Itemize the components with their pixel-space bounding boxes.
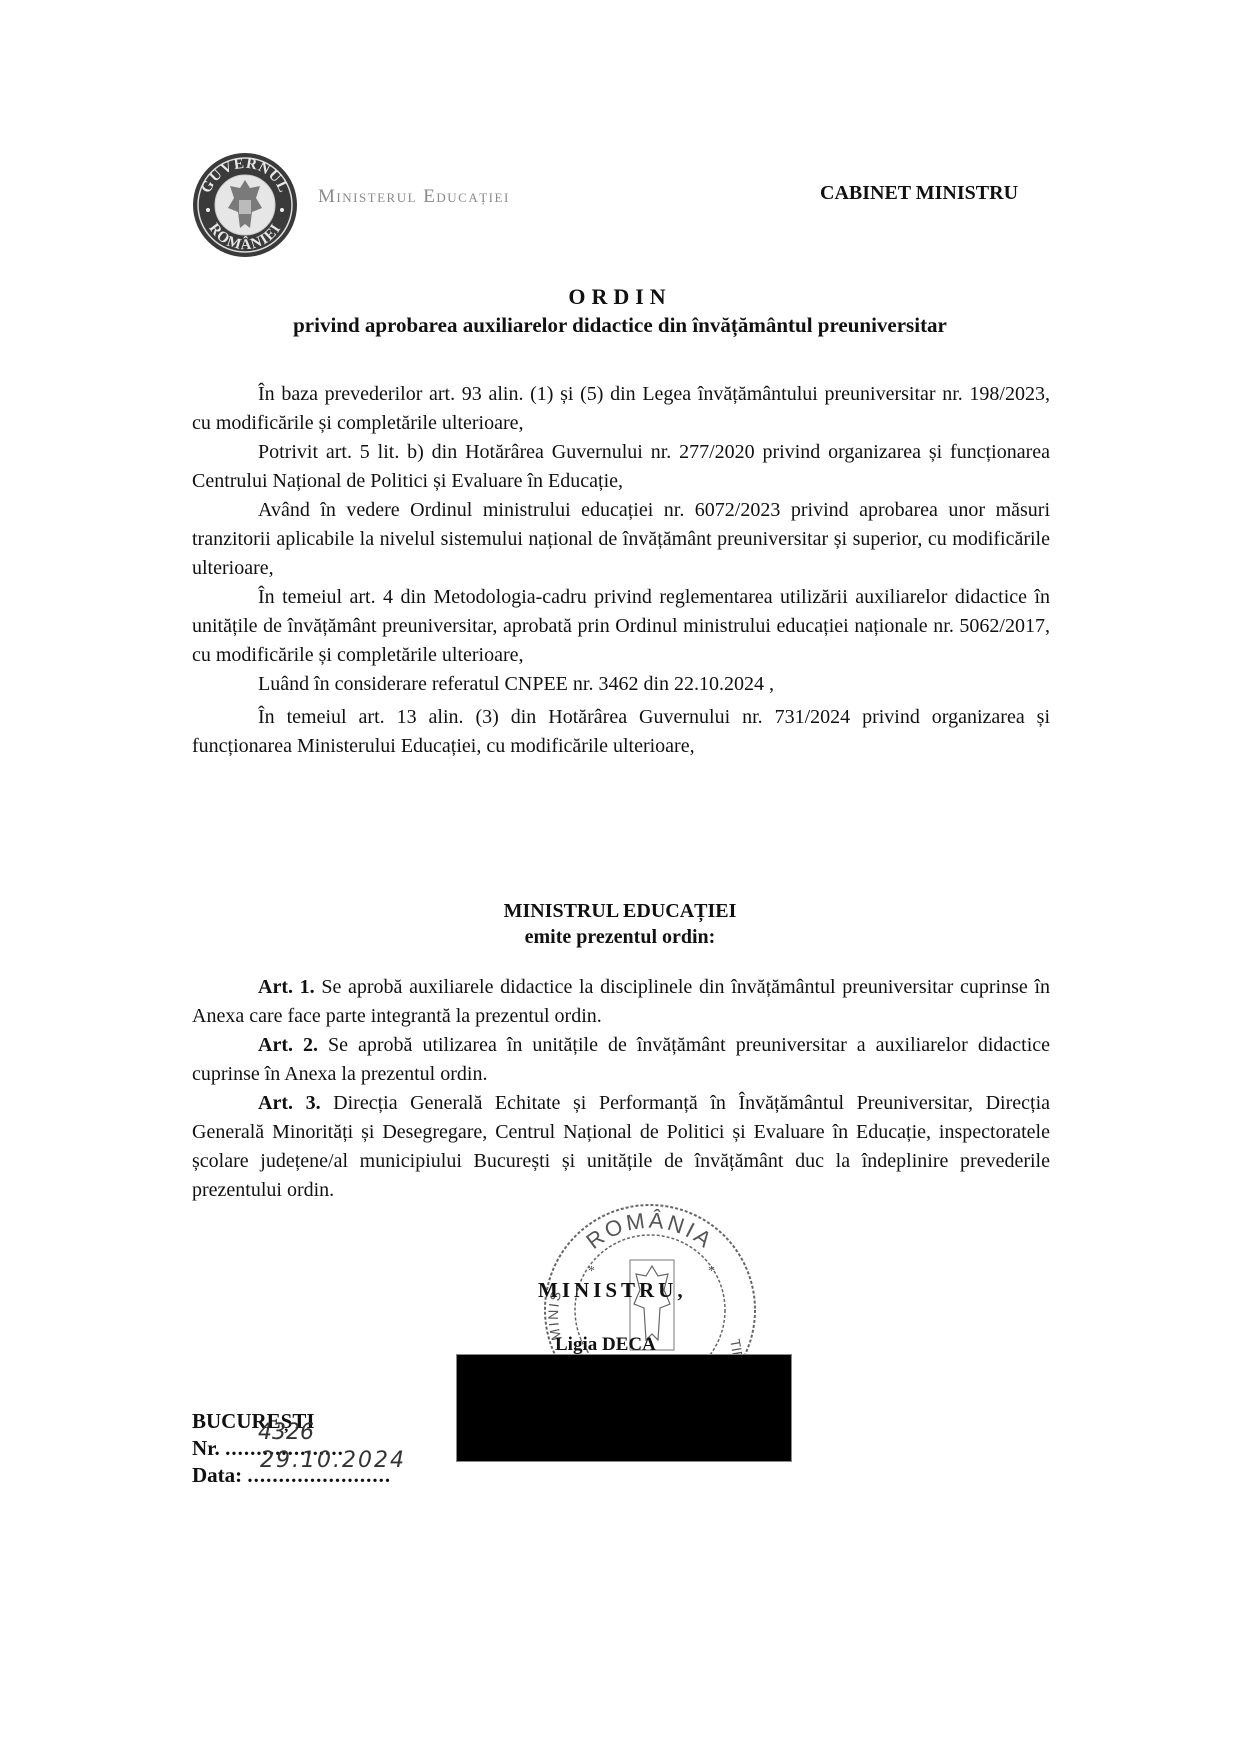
- svg-text:*: *: [708, 1264, 715, 1279]
- preamble-paragraph: În temeiul art. 4 din Metodologia-cadru …: [192, 583, 1050, 670]
- date-handwritten: 29.10.2024: [260, 1448, 406, 1473]
- article-label: Art. 3.: [258, 1092, 321, 1114]
- article-1: Art. 1. Se aprobă auxiliarele didactice …: [192, 973, 1050, 1031]
- signatory-title: MINISTRU,: [538, 1278, 687, 1303]
- ministry-name: Ministerul Educației: [318, 186, 510, 208]
- article-label: Art. 2.: [258, 1034, 318, 1056]
- issuer-heading: MINISTRUL EDUCAȚIEI: [0, 900, 1240, 923]
- preamble-paragraph: În temeiul art. 13 alin. (3) din Hotărâr…: [192, 703, 1050, 761]
- nr-label: Nr.: [192, 1436, 220, 1460]
- government-seal-icon: GUVERNUL ROMÂNIEI: [190, 150, 300, 260]
- preamble-paragraph: În baza prevederilor art. 93 alin. (1) ș…: [192, 380, 1050, 438]
- article-3: Art. 3. Direcția Generală Echitate și Pe…: [192, 1089, 1050, 1205]
- article-text: Se aprobă utilizarea în unitățile de înv…: [192, 1034, 1050, 1085]
- cabinet-label: CABINET MINISTRU: [820, 182, 1018, 205]
- document-title: ORDIN: [0, 284, 1240, 310]
- date-label: Data:: [192, 1463, 242, 1487]
- svg-text:ROMÂNIA: ROMÂNIA: [582, 1208, 719, 1254]
- article-text: Direcția Generală Echitate și Performanț…: [192, 1092, 1050, 1201]
- emits-statement: emite prezentul ordin:: [0, 926, 1240, 949]
- preamble-paragraph: Având în vedere Ordinul ministrului educ…: [192, 496, 1050, 583]
- article-label: Art. 1.: [258, 976, 315, 998]
- svg-text:*: *: [588, 1264, 595, 1279]
- document-subtitle: privind aprobarea auxiliarelor didactice…: [0, 313, 1240, 338]
- article-text: Se aprobă auxiliarele didactice la disci…: [192, 976, 1050, 1027]
- registration-number-handwritten: 4326: [258, 1420, 314, 1445]
- signatory-name: Ligia DECA: [555, 1334, 656, 1356]
- redaction-block: [456, 1354, 792, 1462]
- article-2: Art. 2. Se aprobă utilizarea în unitățil…: [192, 1031, 1050, 1089]
- preamble-paragraph: Luând în considerare referatul CNPEE nr.…: [192, 670, 1050, 699]
- preamble-paragraph: Potrivit art. 5 lit. b) din Hotărârea Gu…: [192, 438, 1050, 496]
